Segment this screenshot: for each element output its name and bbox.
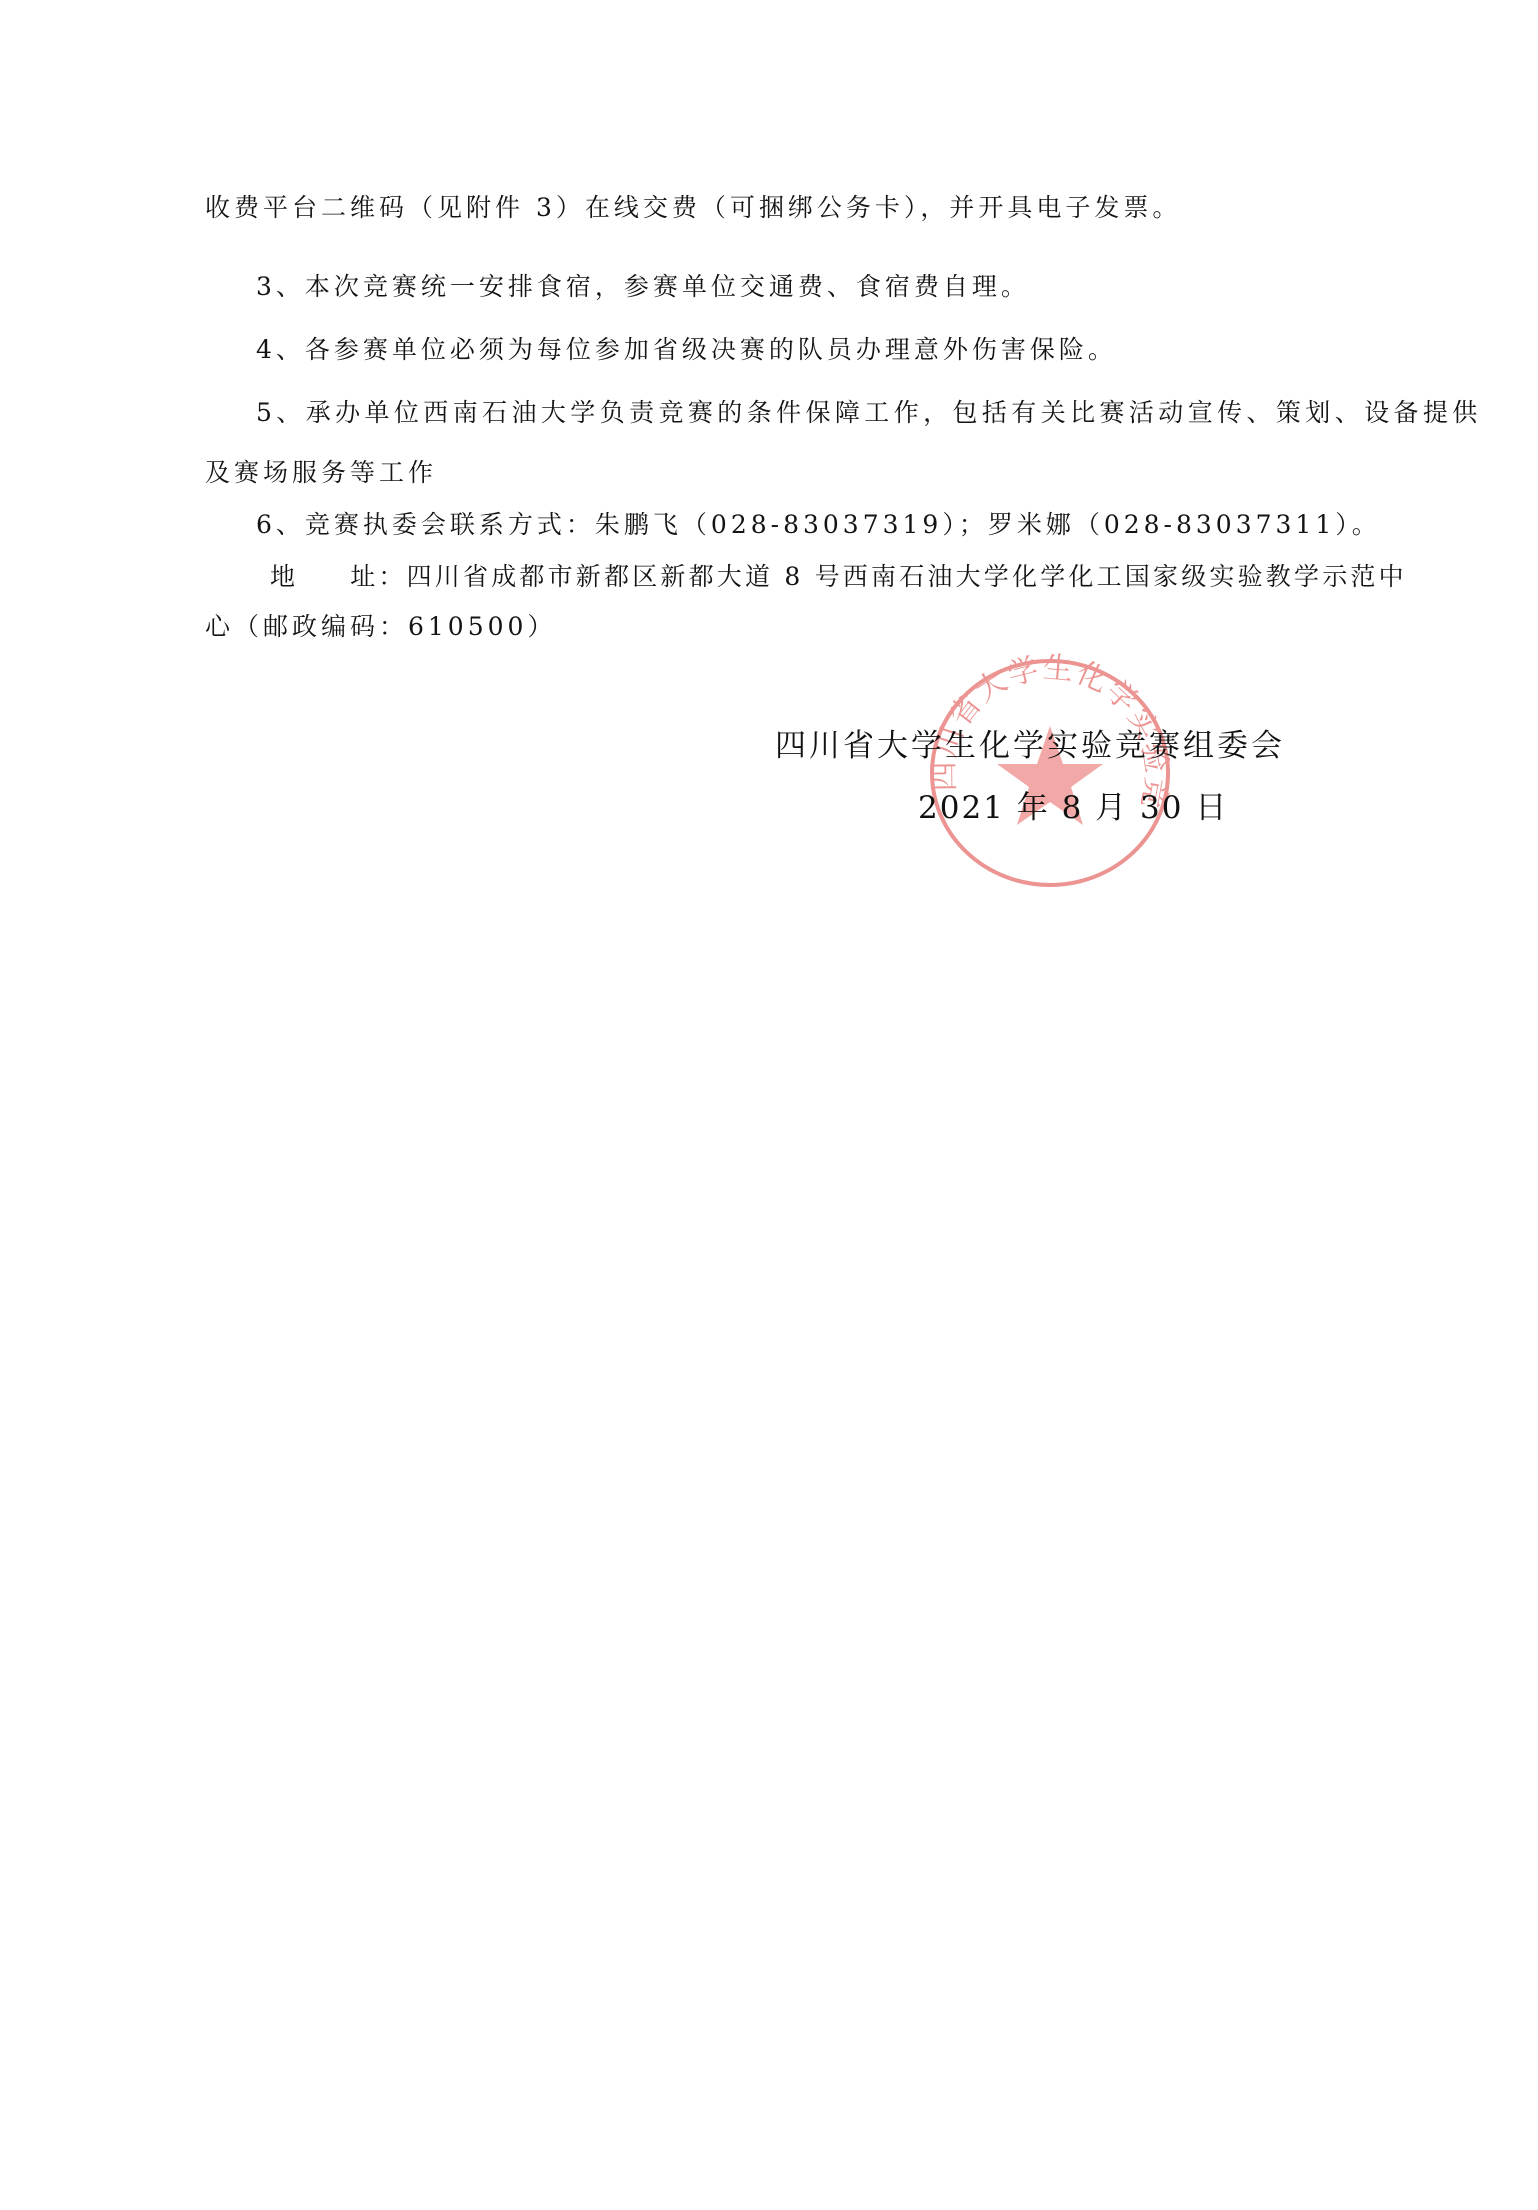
address-text-line1: 四川省成都市新都区新都大道 8 号西南石油大学化学化工国家级实验教学示范中 bbox=[407, 562, 1407, 591]
official-seal-icon: 四川省大学生化学实验竞赛组委会 bbox=[905, 648, 1195, 892]
signature-date: 2021 年 8 月 30 日 bbox=[918, 790, 1228, 826]
signature-organization: 四川省大学生化学实验竞赛组委会 bbox=[775, 728, 1285, 764]
document-page: 收费平台二维码（见附件 3）在线交费（可捆绑公务卡），并开具电子发票。 3、本次… bbox=[0, 0, 1538, 2210]
paragraph-item-4-insurance: 4、各参赛单位必须为每位参加省级决赛的队员办理意外伤害保险。 bbox=[256, 335, 1117, 365]
paragraph-item-3-accommodation: 3、本次竞赛统一安排食宿，参赛单位交通费、食宿费自理。 bbox=[256, 272, 1030, 302]
address-line-2: 心（邮政编码：610500） bbox=[205, 612, 556, 642]
paragraph-item-5-host-line1: 5、承办单位西南石油大学负责竞赛的条件保障工作，包括有关比赛活动宣传、策划、设备… bbox=[256, 398, 1482, 428]
paragraph-item-5-host-line2: 及赛场服务等工作 bbox=[205, 458, 437, 488]
address-label-part2: 址： bbox=[350, 562, 406, 591]
paragraph-fee-payment-continued: 收费平台二维码（见附件 3）在线交费（可捆绑公务卡），并开具电子发票。 bbox=[205, 193, 1181, 223]
address-line-1: 地址：四川省成都市新都区新都大道 8 号西南石油大学化学化工国家级实验教学示范中 bbox=[270, 562, 1407, 592]
address-label-part1: 地 bbox=[270, 562, 298, 591]
paragraph-item-6-contacts: 6、竞赛执委会联系方式：朱鹏飞（028-83037319）；罗米娜（028-83… bbox=[256, 510, 1381, 540]
